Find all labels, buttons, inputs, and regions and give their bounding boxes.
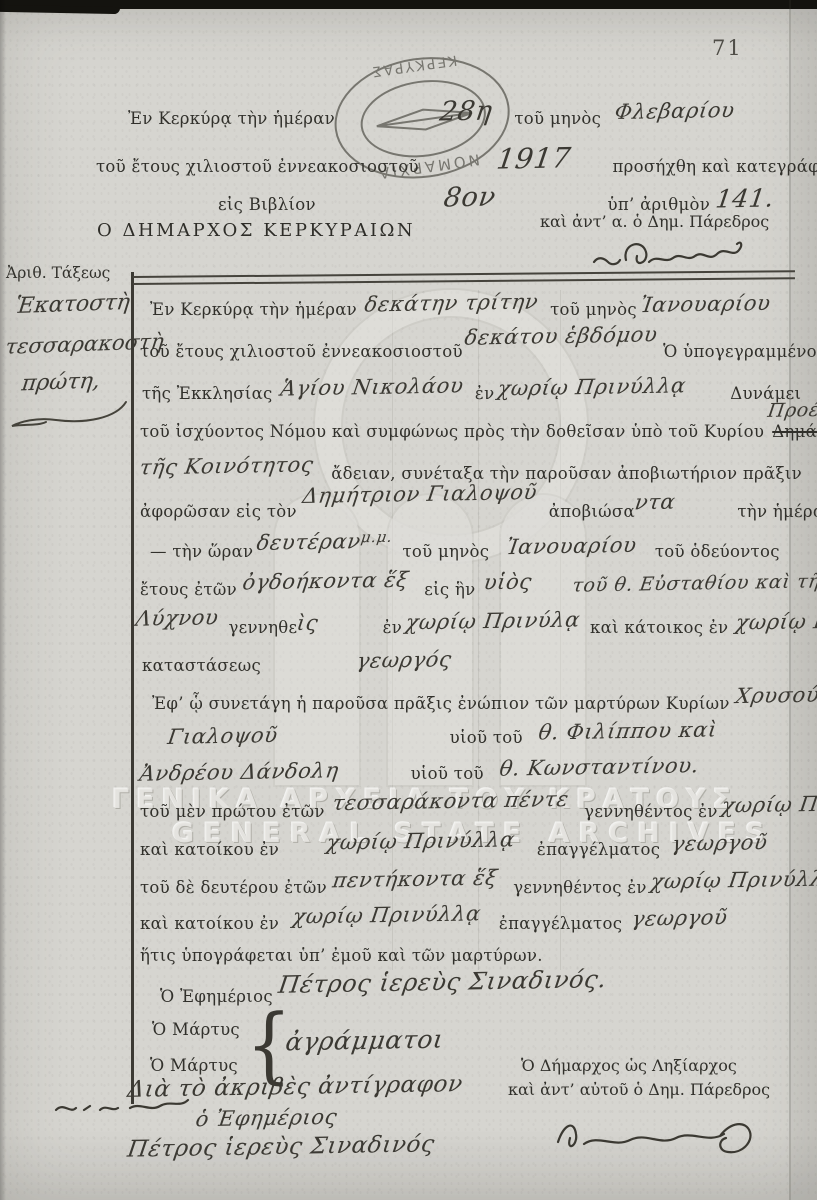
document-line: τοῦ ἔτους χιλιοστοῦ ἐννεακοσιοστοῦ1917πρ… bbox=[96, 146, 817, 179]
document-line: Ὁ ἘφημέριοςΠέτρος ἱερεὺς Σιναδινός. bbox=[160, 980, 606, 1008]
printed-text: γεννηθέντος ἐν bbox=[584, 802, 718, 821]
handwritten-text: χωρίῳ Πρινύλλᾳ bbox=[325, 827, 517, 854]
handwritten-correction: Προέδρου bbox=[767, 398, 817, 422]
act-top-rule-second bbox=[133, 277, 795, 284]
handwritten-text: ὶς bbox=[296, 611, 321, 635]
printed-text: ἐπαγγέλματος bbox=[537, 840, 660, 859]
handwritten-text: Λύχνου bbox=[134, 605, 220, 630]
registrar-signature-squiggle bbox=[548, 1096, 778, 1166]
handwritten-text: γεωργοῦ bbox=[670, 830, 769, 856]
printed-text: υἱοῦ τοῦ bbox=[411, 764, 484, 783]
handwritten-text: Ἁγίου Νικολάου bbox=[279, 373, 465, 400]
corrected-text: ΔημάρχουΠροέδρου bbox=[772, 422, 817, 441]
witness-2-label: Ὁ Μάρτυς bbox=[150, 1056, 238, 1075]
document-line: ἔτους ἐτῶνὀγδοήκοντα ἕξεἰς ἣνυἱὸςτοῦ θ. … bbox=[140, 576, 817, 600]
printed-text: τοῦ μηνὸς bbox=[514, 109, 601, 128]
handwritten-text: πεντήκοντα ἕξ bbox=[331, 866, 499, 893]
document-line: τοῦ μὲν πρώτου ἐτῶντεσσαράκοντα πέντεγεν… bbox=[140, 798, 817, 822]
document-line: τοῦ ἰσχύοντος Νόμου καὶ συμφώνως πρὸς τὴ… bbox=[140, 422, 817, 441]
printed-text: ἐν bbox=[383, 618, 403, 637]
handwritten-text: 141. bbox=[714, 183, 776, 213]
printed-text: τοῦ ἔτους χιλιοστοῦ ἐννεακοσιοστοῦ bbox=[96, 157, 419, 176]
handwritten-text: χωρίῳ Πρινύλλᾳ bbox=[649, 866, 817, 893]
deputy-registrar-note: καὶ ἀντ’ α. ὁ Δημ. Πάρεδρος bbox=[540, 212, 769, 231]
printed-text: ἀφορῶσαν εἰς τὸν bbox=[140, 502, 297, 521]
printed-text: Ὁ ὑπογεγραμμένος Ἐφημέριος bbox=[663, 342, 817, 361]
printed-text: εἰς ἣν bbox=[424, 580, 475, 599]
printed-text: ἔτους ἐτῶν bbox=[140, 580, 237, 599]
handwritten-text: ὀγδοήκοντα ἕξ bbox=[241, 568, 410, 595]
document-line: Γιαλοψοῦυἱοῦ τοῦθ. Φιλίππου καὶ bbox=[168, 724, 717, 748]
deputy-signature-squiggle bbox=[588, 230, 768, 276]
printed-text: τοῦ ἰσχύοντος Νόμου καὶ συμφώνως πρὸς τὴ… bbox=[140, 422, 764, 441]
page-number: 71 bbox=[712, 36, 743, 60]
handwritten-text: δεκάτην τρίτην bbox=[363, 289, 540, 316]
certification-line: ὁ Ἐφημέριος bbox=[194, 1105, 339, 1131]
witness-1-label: Ὁ Μάρτυς bbox=[152, 1020, 240, 1039]
printed-text: ἀποβιώσα bbox=[549, 502, 635, 521]
printed-text: Ἐν Κερκύρᾳ τὴν ἡμέραν bbox=[150, 300, 357, 319]
printed-text: εἰς Βιβλίον bbox=[218, 195, 316, 214]
handwritten-text: Πέτρος ἱερεὺς Σιναδινός. bbox=[276, 965, 608, 999]
page-right-shade bbox=[791, 0, 817, 1200]
handwritten-text: χωρίῳ Πρινύλᾳ bbox=[404, 607, 582, 634]
printed-text: ἐν bbox=[475, 384, 495, 403]
margin-order-number-line: πρώτη, bbox=[20, 369, 101, 397]
handwritten-text: γεωργοῦ bbox=[630, 905, 729, 931]
handwritten-text: τεσσαράκοντα πέντε bbox=[331, 787, 570, 815]
handwritten-text: μ.μ. bbox=[360, 528, 394, 547]
handwritten-text: θ. Κωνσταντίνου. bbox=[498, 753, 701, 780]
printed-text: Ἐφ’ ᾧ συνετάγη ἡ παροῦσα πρᾶξις ἐνώπιον … bbox=[152, 694, 730, 713]
document-line: τοῦ δὲ δευτέρου ἐτῶνπεντήκοντα ἕξγεννηθέ… bbox=[140, 874, 817, 898]
handwritten-text: δεκάτου ἑβδόμου bbox=[463, 322, 659, 349]
act-left-rule bbox=[131, 272, 134, 1104]
document-line: καὶ κατοίκου ἐνχωρίῳ Πρινύλλᾳἐπαγγέλματο… bbox=[140, 910, 728, 934]
printed-text: τοῦ μηνὸς bbox=[550, 300, 637, 319]
handwritten-text: 1917 bbox=[494, 141, 573, 175]
document-line: Λύχνουγεννηθεὶςἐνχωρίῳ Πρινύλᾳκαὶ κάτοικ… bbox=[136, 614, 817, 638]
document-line: Ἐφ’ ᾧ συνετάγη ἡ παροῦσα πρᾶξις ἐνώπιον … bbox=[152, 690, 817, 714]
margin-order-number-label: Ἀριθ. Τάξεως bbox=[6, 264, 110, 282]
witness-illiterate-note: ἀγράμματοι bbox=[284, 1025, 446, 1057]
document-line: καταστάσεωςγεωργός bbox=[142, 652, 452, 676]
printed-text: καὶ κατοίκου ἐν bbox=[140, 840, 279, 859]
handwritten-text: 28η bbox=[438, 96, 495, 128]
printed-text: ἄδειαν, συνέταξα τὴν παροῦσαν ἀποβιωτήρι… bbox=[331, 464, 802, 483]
handwritten-text: θ. Φιλίππου καὶ bbox=[537, 717, 719, 744]
document-line: καὶ κατοίκου ἐνχωρίῳ Πρινύλλᾳἐπαγγέλματο… bbox=[140, 836, 768, 860]
handwritten-text: δευτέραν bbox=[256, 529, 363, 555]
printed-text: — τὴν ὥραν bbox=[150, 542, 253, 561]
printed-text: υἱοῦ τοῦ bbox=[450, 728, 523, 747]
handwritten-text: Ἰανουαρίου bbox=[505, 533, 638, 559]
margin-order-number-line: Ἑκατοστὴ bbox=[14, 290, 131, 319]
handwritten-text: Γιαλοψοῦ bbox=[166, 723, 279, 749]
scan-left-edge bbox=[0, 0, 6, 1200]
handwritten-text: Δημήτριον Γιαλοψοῦ bbox=[301, 480, 539, 508]
document-line: Ἐν Κερκύρᾳ τὴν ἡμέρανδεκάτην τρίτηντοῦ μ… bbox=[150, 296, 770, 320]
handwritten-text: Χρυσούλου bbox=[734, 682, 817, 708]
handwritten-text: χωρίῳ Πρινύλλᾳ bbox=[720, 790, 817, 817]
handwritten-text: χωρίῳ Πρινύλλᾳ bbox=[291, 901, 483, 928]
handwritten-text: τοῦ θ. Εὐσταθίου καὶ τῆς θ. Μαγδαληνῆς bbox=[571, 567, 817, 596]
handwritten-text: τῆς Κοινότητος bbox=[138, 452, 315, 479]
printed-text: τοῦ μηνὸς bbox=[402, 542, 489, 561]
printed-text-struck: Δημάρχου bbox=[772, 422, 817, 441]
handwritten-text: 8ον bbox=[442, 182, 498, 214]
margin-scribble bbox=[52, 1084, 202, 1120]
document-page: ΓΕΝΙΚΑ ΑΡΧΕΙΑ ΤΟΥ ΚΡΑΤΟΥΣ GENERAL STATE … bbox=[0, 0, 817, 1200]
printed-text: προσήχθη καὶ κατεγράφη bbox=[612, 157, 817, 176]
scan-top-edge bbox=[0, 0, 817, 9]
handwritten-text: υἱὸς bbox=[482, 570, 533, 595]
handwritten-text: χωρίῳ Πρινύλλᾳ bbox=[496, 373, 688, 400]
registrar-title: Ὁ Δήμαρχος ὡς Ληξίαρχος bbox=[521, 1056, 737, 1075]
handwritten-text: γεωργός bbox=[355, 647, 453, 673]
handwritten-text: Ἀνδρέου Δάνδολη bbox=[138, 758, 340, 785]
handwritten-text: Φλεβαρίου bbox=[613, 98, 736, 124]
printed-text: τοῦ μὲν πρώτου ἐτῶν bbox=[140, 802, 325, 821]
document-line: τοῦ ἔτους χιλιοστοῦ ἐννεακοσιοστοῦδεκάτο… bbox=[140, 338, 817, 362]
printed-text: ἐπαγγέλματος bbox=[499, 914, 622, 933]
priest-signature-text: Πέτρος ἱερεὺς Σιναδινός bbox=[126, 1131, 437, 1162]
mayor-title: Ο ΔΗΜΑΡΧΟΣ ΚΕΡΚΥΡΑΙΩΝ bbox=[97, 220, 415, 241]
scan-top-edge-left bbox=[0, 5, 120, 14]
printed-text: γεννηθέντος ἐν bbox=[513, 878, 647, 897]
document-line: Ἐν Κερκύρᾳ τὴν ἡμέραν28ητοῦ μηνὸςΦλεβαρί… bbox=[128, 100, 735, 131]
printed-text: τοῦ ἔτους χιλιοστοῦ ἐννεακοσιοστοῦ bbox=[140, 342, 463, 361]
handwritten-text: Ἰανουαρίου bbox=[639, 291, 772, 317]
printed-text: καὶ κατοίκου ἐν bbox=[140, 914, 279, 933]
printed-text: ἥτις ὑπογράφεται ὑπ’ ἐμοῦ καὶ τῶν μαρτύρ… bbox=[140, 946, 543, 965]
printed-text: τοῦ ὁδεύοντος bbox=[655, 542, 780, 561]
document-line: — τὴν ὥρανδευτέρανμ.μ.τοῦ μηνὸςἸανουαρίο… bbox=[150, 538, 780, 562]
printed-text: καταστάσεως bbox=[142, 656, 261, 675]
handwritten-text: ντα bbox=[633, 490, 677, 515]
document-line: ἥτις ὑπογράφεται ὑπ’ ἐμοῦ καὶ τῶν μαρτύρ… bbox=[140, 946, 543, 965]
handwritten-text: χωρίῳ Πρινύλλᾳ bbox=[734, 607, 817, 634]
document-line: ἀφορῶσαν εἰς τὸνΔημήτριον Γιαλοψοῦἀποβιώ… bbox=[140, 498, 817, 522]
printed-text: τοῦ δὲ δευτέρου ἐτῶν bbox=[140, 878, 327, 897]
document-line: Ἀνδρέου Δάνδοληυἱοῦ τοῦθ. Κωνσταντίνου. bbox=[140, 760, 699, 784]
printed-text: Ἐν Κερκύρᾳ τὴν ἡμέραν bbox=[128, 109, 335, 128]
printed-text: γεννηθε bbox=[228, 618, 297, 637]
document-line: τῆς ἘκκλησίαςἉγίου Νικολάουἐνχωρίῳ Πρινύ… bbox=[142, 380, 801, 404]
printed-text: τῆς Ἐκκλησίας bbox=[142, 384, 273, 403]
printed-text: καὶ κάτοικος ἐν bbox=[590, 618, 728, 637]
printed-text: τὴν ἡμέραν bbox=[737, 502, 817, 521]
